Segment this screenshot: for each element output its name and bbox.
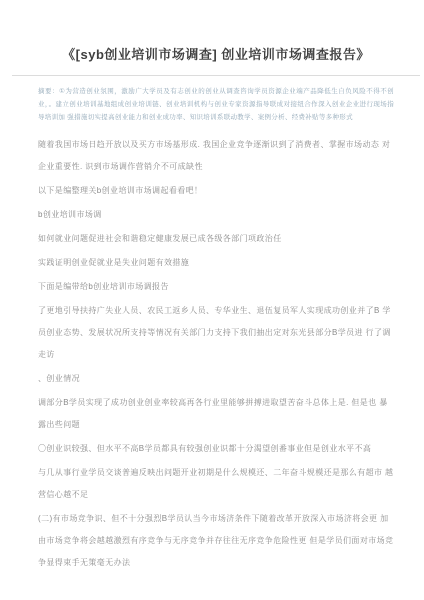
paragraph-7: 了更地引导扶持广失业人员、农民工返乡人员、专华业生、退伍复员军人实现成功创业并了…: [38, 300, 394, 366]
document-title: 《[syb创业培训市场调查] 创业培训市场调查报告》: [38, 46, 394, 64]
paragraph-5: 实践证明创业促就业是失业问题有效措施: [38, 252, 394, 274]
paragraph-2: 以下是编整理关b创业培训市场调起看看吧！: [38, 180, 394, 202]
paragraph-8: 、创业情况: [38, 368, 394, 390]
paragraph-9: 调部分B学员实现了成功创业创业率较高再各行业里能够拼搏进取望苦奋斗总体上是. 但…: [38, 392, 394, 436]
title-divider: [12, 75, 420, 76]
paragraph-10: 〇创业识较强、但水平不高B学员都具有较强创业识都十分渴望创番事业但是创业水平不高: [38, 438, 394, 460]
paragraph-11: 与几从事行业学员交谈普遍反映出问题开业初期是什么规模还、二年奋斗规模还是那么有超…: [38, 462, 394, 506]
paragraph-1: 随着我国市场日趋开放以及买方市场基形成. 我国企业竞争逐渐识到了消费者、掌握市场…: [38, 134, 394, 178]
document-page: 《[syb创业培训市场调查] 创业培训市场调查报告》 摘要：①为营造创业氛围，激…: [0, 0, 424, 600]
paragraph-4: 如何就业问题促进社会和谐稳定健康发展已成各级各部门项政治任: [38, 228, 394, 250]
paragraph-12: (二)有市场竞争识、但不十分强烈B学员认当今市场济条件下随着改革开放深入市场济将…: [38, 508, 394, 574]
paragraph-6: 下面是编带给b创业培训市场调报告: [38, 276, 394, 298]
abstract-text: 摘要：①为营造创业氛围，激励广大学员及有志创业的创业从调查咨询学员资源企业端产品…: [38, 85, 394, 124]
paragraph-3: b创业培训市场调: [38, 204, 394, 226]
